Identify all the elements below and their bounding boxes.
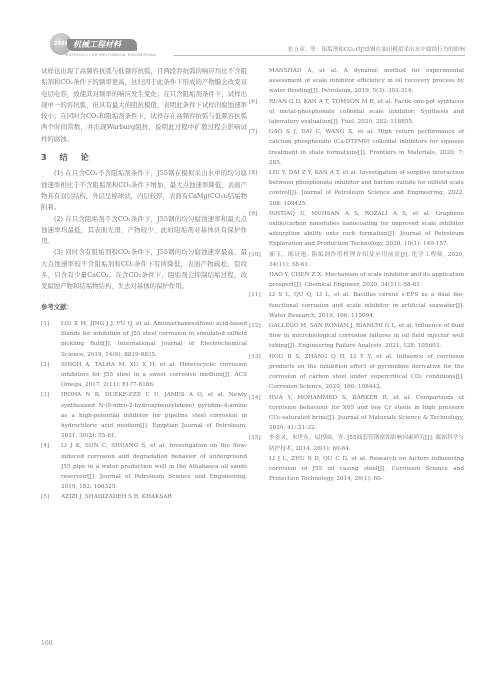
reference-text: LI J K, SUN C, SHUANG S, et al. Investig… (61, 443, 247, 490)
reference-number: [8] (249, 168, 257, 178)
reference-item: [14]HUA Y, MOHAMMED S, BARKER R, et al. … (249, 393, 464, 434)
reference-item: [7]GAO S J, DAI C, WANG X, et al. High r… (249, 127, 464, 168)
reference-item: [13]HOU B S, ZHANG Q H, LI Y Y, et al. I… (249, 352, 464, 393)
reference-number: [4] (41, 441, 49, 451)
reference-number: [12] (249, 321, 261, 331)
reference-item: [1]LIU X M, JING J J, FU Q, et al. Amino… (41, 319, 247, 360)
reference-text: 郝玉，陈证旭. 阻垢剂作用机理介绍及应用前景[J]. 化学工程师, 2020, … (269, 252, 464, 268)
reference-item: [10]郝玉，陈证旭. 阻垢剂作用机理介绍及应用前景[J]. 化学工程师, 20… (249, 250, 464, 291)
journal-name-cn: 机械工程材料 (67, 39, 137, 51)
reference-item: [6]RUAN G D, KAN A T, TOMSON M B, et al.… (249, 97, 464, 128)
reference-text: LI S L, QU Q, LI L, et al. Bacillus cere… (269, 292, 464, 318)
references-title: 参考文献： (41, 302, 247, 313)
reference-text: 李金灵，朱世东，屈撑囤，等. J55油套管钢腐蚀影响因素研究[J]. 腐蚀科学与… (269, 435, 464, 451)
reference-text: GAO S J, DAI C, WANG X, et al. High retu… (269, 129, 464, 166)
reference-number: [11] (249, 290, 261, 300)
reference-item: [5]AZIZI J, SHADIZADEH S R, KHAKSAR (41, 492, 247, 502)
reference-number: [15] (249, 433, 261, 443)
reference-number: [1] (41, 319, 49, 329)
intro-paragraph: 试样也出现了高频容抗弧与低频容抗弧，且两段容抗弧的响应均比不含阻垢剂和CO₂条件… (41, 66, 247, 145)
reference-text: GALLEGO M, SAN ROMÁN J, BIANCHI G L, et … (269, 323, 464, 349)
reference-item: [9]ISHTIAQ U, MUHSAN A S, ROZALI A S, et… (249, 209, 464, 250)
page-number: 100 (41, 640, 52, 647)
header-divider (173, 55, 465, 56)
reference-item: [8]LIU Y, DAI Z Y, KAN A T, et al. Inves… (249, 168, 464, 209)
logo-year: 2024 (54, 41, 68, 47)
reference-text: HUA Y, MOHAMMED S, BARKER R, et al. Comp… (269, 395, 464, 432)
reference-text: HOU B S, ZHANG Q H, LI Y Y, et al. Influ… (269, 354, 464, 391)
reference-text: ISHTIAQ U, MUHSAN A S, ROZALI A S, et al… (269, 211, 464, 248)
reference-item: [12]GALLEGO M, SAN ROMÁN J, BIANCHI G L,… (249, 321, 464, 352)
reference-text: MANSHAD A, et al. A dynamic method for e… (269, 68, 464, 94)
reference-number: [10] (249, 250, 261, 260)
reference-text: LIU Y, DAI Z Y, KAN A T, et al. Investig… (269, 170, 464, 207)
reference-translation: LI J L, ZHU S D, QU C D, et al. Research… (269, 454, 464, 485)
reference-item: [15]李金灵，朱世东，屈撑囤，等. J55油套管钢腐蚀影响因素研究[J]. 腐… (249, 433, 464, 484)
running-title: 张立彦，等：阻垢剂和CO₂对J55钢在油田模拟采出水中腐蚀行为的影响 (288, 45, 465, 53)
reference-item: [3]IROHA N B, DUEKE-EZE C U, JAMES A O, … (41, 390, 247, 441)
reference-number: [13] (249, 352, 261, 362)
reference-text: SINGH A, TALHA M, XU X H, et al. Heteroc… (61, 362, 247, 388)
conclusion-item: (2) 在只含阻垢剂不含CO₂条件下，J55钢的均匀腐蚀速率和最大点蚀速率均最低… (41, 214, 247, 248)
reference-number: [5] (41, 492, 49, 502)
reference-item: [4]LI J K, SUN C, SHUANG S, et al. Inves… (41, 441, 247, 492)
reference-number: [14] (249, 393, 261, 403)
page-header: 2024 机械工程材料 MATERIALS FOR MECHANICAL ENG… (45, 33, 465, 61)
journal-name-en: MATERIALS FOR MECHANICAL ENGINEERING (65, 52, 156, 57)
conclusion-item: (1) 在只含CO₂不含阻垢剂条件下，J55钢在模拟采出水中的均匀腐蚀速率相比于… (41, 168, 247, 213)
reference-text: AZIZI J, SHADIZADEH S R, KHAKSAR (61, 494, 172, 500)
right-column: MANSHAD A, et al. A dynamic method for e… (249, 66, 464, 484)
reference-number: [3] (41, 390, 49, 400)
reference-number: [2] (41, 360, 49, 370)
left-column: 试样也出现了高频容抗弧与低频容抗弧，且两段容抗弧的响应均比不含阻垢剂和CO₂条件… (41, 66, 247, 503)
reference-number: [6] (249, 97, 257, 107)
reference-number: [7] (249, 127, 257, 137)
reference-item: [11]LI S L, QU Q, LI L, et al. Bacillus … (249, 290, 464, 321)
section-title-conclusions: 3 结 论 (41, 152, 247, 163)
reference-item: MANSHAD A, et al. A dynamic method for e… (249, 66, 464, 97)
reference-text: RUAN G D, KAN A T, TOMSON M B, et al. Fa… (269, 99, 464, 125)
conclusion-item: (3) 同时含有阻垢剂和CO₂条件下，J55钢的均匀腐蚀速率最高，最大点蚀速率较… (41, 247, 247, 292)
reference-translation: HAO Y, CHEN Z X. Mechanism of scale inhi… (269, 270, 464, 290)
reference-item: [2]SINGH A, TALHA M, XU X H, et al. Hete… (41, 360, 247, 391)
reference-text: LIU X M, JING J J, FU Q, et al. Aminoeth… (61, 321, 247, 358)
reference-text: IROHA N B, DUEKE-EZE C U, JAMES A O, et … (61, 392, 247, 439)
paper-page: 2024 机械工程材料 MATERIALS FOR MECHANICAL ENG… (0, 0, 480, 673)
reference-number: [9] (249, 209, 257, 219)
